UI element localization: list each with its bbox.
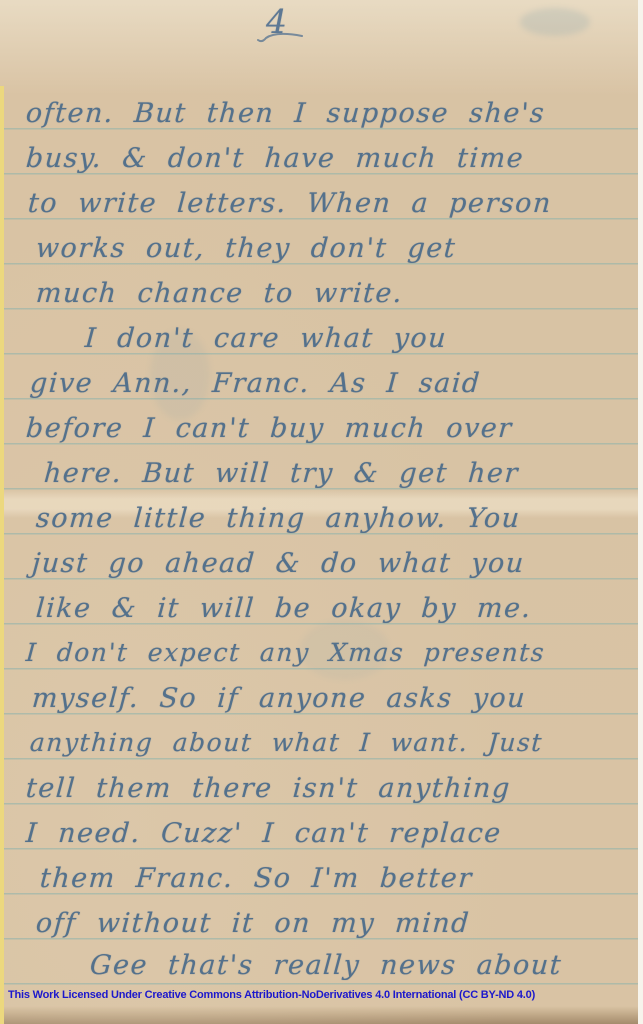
ink-bleedthrough-smudge <box>520 8 590 36</box>
letter-page-scan: 4 often. But then I suppose she's busy. … <box>0 0 643 1024</box>
letter-line: some little thing anyhow. You <box>35 503 522 534</box>
letter-line: just go ahead & do what you <box>31 548 526 579</box>
letter-line: before I can't buy much over <box>25 413 514 444</box>
paper-left-edge <box>0 86 4 1024</box>
letter-line: anything about what I want. Just <box>29 728 544 757</box>
letter-line: to write letters. When a person <box>27 188 553 219</box>
letter-line: much chance to write. <box>35 278 404 309</box>
letter-line: busy. & don't have much time <box>25 143 525 174</box>
letter-line: here. But will try & get her <box>43 458 520 489</box>
letter-line: like & it will be okay by me. <box>35 593 533 624</box>
creative-commons-license-text: This Work Licensed Under Creative Common… <box>8 989 535 1001</box>
letter-line: often. But then I suppose she's <box>25 98 546 129</box>
letter-line: tell them there isn't anything <box>25 773 512 804</box>
letter-line: them Franc. So I'm better <box>39 863 474 894</box>
paper-right-edge <box>638 0 643 1024</box>
letter-line: I don't care what you <box>84 323 448 354</box>
page-number-underline-swoosh <box>256 30 306 44</box>
letter-line: off without it on my mind <box>35 908 471 939</box>
letter-line: I need. Cuzz' I can't replace <box>25 818 503 849</box>
letter-line: I don't expect any Xmas presents <box>25 638 546 667</box>
letter-line: Gee that's really news about <box>89 950 563 981</box>
letter-line: works out, they don't get <box>35 233 457 264</box>
letter-line: myself. So if anyone asks you <box>31 683 527 714</box>
letter-line: give Ann., Franc. As I said <box>29 368 482 399</box>
page-number: 4 <box>266 2 287 41</box>
